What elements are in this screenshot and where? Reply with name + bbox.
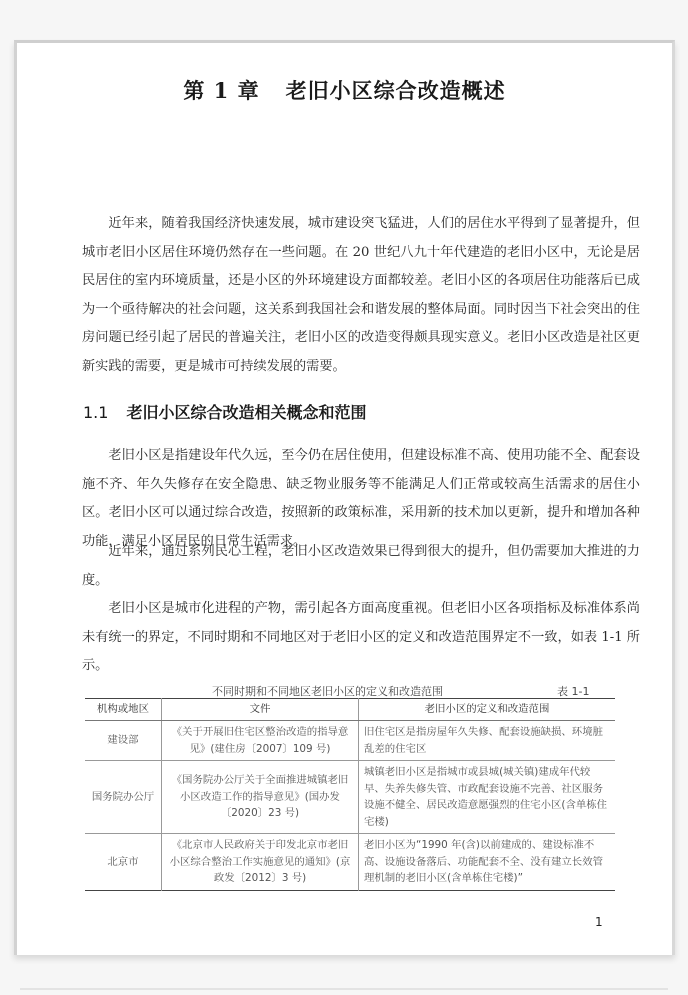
section-heading: 1.1老旧小区综合改造相关概念和范围 — [83, 400, 366, 423]
cell-org: 建设部 — [85, 721, 162, 761]
chapter-number: 第 1 章 — [183, 78, 259, 103]
table-header-row: 机构或地区 文件 老旧小区的定义和改造范围 — [85, 699, 615, 721]
chapter-title: 第 1 章老旧小区综合改造概述 — [17, 75, 672, 105]
cell-org: 国务院办公厅 — [85, 761, 162, 834]
header-org: 机构或地区 — [85, 699, 162, 721]
table-row: 北京市 《北京市人民政府关于印发北京市老旧小区综合整治工作实施意见的通知》(京政… — [85, 834, 615, 891]
cell-document: 《关于开展旧住宅区整治改造的指导意见》(建住房〔2007〕109 号) — [162, 721, 359, 761]
book-page: 第 1 章老旧小区综合改造概述 近年来，随着我国经济快速发展，城市建设突飞猛进，… — [14, 40, 675, 955]
table-row: 国务院办公厅 《国务院办公厅关于全面推进城镇老旧小区改造工作的指导意见》(国办发… — [85, 761, 615, 834]
cell-document: 《国务院办公厅关于全面推进城镇老旧小区改造工作的指导意见》(国办发〔2020〕2… — [162, 761, 359, 834]
page-number: 1 — [595, 915, 603, 929]
cell-definition: 旧住宅区是指房屋年久失修、配套设施缺损、环境脏乱差的住宅区 — [359, 721, 616, 761]
section-title-text: 老旧小区综合改造相关概念和范围 — [126, 403, 366, 422]
section-number: 1.1 — [83, 403, 108, 422]
chapter-title-text: 老旧小区综合改造概述 — [286, 78, 506, 103]
table-caption-title: 不同时期和不同地区老旧小区的定义和改造范围 — [212, 683, 443, 699]
intro-paragraph: 近年来，随着我国经济快速发展，城市建设突飞猛进，人们的居住水平得到了显著提升，但… — [82, 210, 640, 381]
cell-definition: 老旧小区为“1990 年(含)以前建成的、建设标准不高、设施设备落后、功能配套不… — [359, 834, 616, 891]
header-definition: 老旧小区的定义和改造范围 — [359, 699, 616, 721]
next-page-edge — [20, 988, 668, 990]
definition-table: 机构或地区 文件 老旧小区的定义和改造范围 建设部 《关于开展旧住宅区整治改造的… — [85, 698, 615, 891]
cell-definition: 城镇老旧小区是指城市或县城(城关镇)建成年代较早、失养失修失管、市政配套设施不完… — [359, 761, 616, 834]
header-document: 文件 — [162, 699, 359, 721]
table-row: 建设部 《关于开展旧住宅区整治改造的指导意见》(建住房〔2007〕109 号) … — [85, 721, 615, 761]
cell-org: 北京市 — [85, 834, 162, 891]
cell-document: 《北京市人民政府关于印发北京市老旧小区综合整治工作实施意见的通知》(京政发〔20… — [162, 834, 359, 891]
section-paragraph-2: 近年来，通过系列民心工程，老旧小区改造效果已得到很大的提升，但仍需要加大推进的力… — [82, 538, 640, 595]
section-paragraph-3: 老旧小区是城市化进程的产物，需引起各方面高度重视。但老旧小区各项指标及标准体系尚… — [82, 595, 640, 681]
table-number: 表 1-1 — [557, 683, 589, 699]
